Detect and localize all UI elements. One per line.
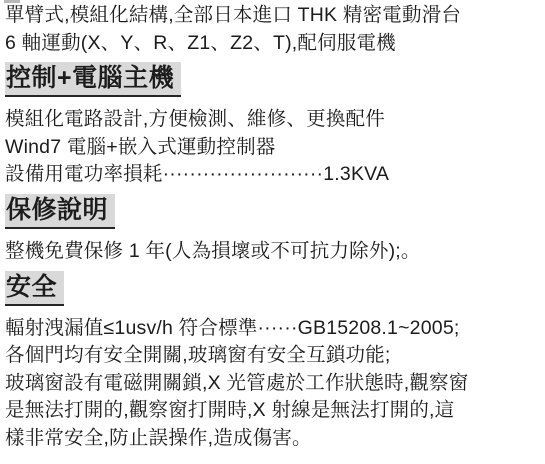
document-page: 單臂式,模組化結構,全部日本進口 THK 精密電動滑台 6 軸運動(X、Y、R、… xyxy=(0,0,545,464)
heading-highlight: 保修說明 xyxy=(5,194,115,229)
body-line-glass-window-3: 樣非常安全,防止誤操作,造成傷害。 xyxy=(5,425,545,453)
section-heading-warranty: 保修說明 xyxy=(5,194,545,229)
body-line-glass-window-1: 玻璃窗設有電磁開關鎖,X 光管處於工作狀態時,觀察窗 xyxy=(5,370,545,398)
body-line-radiation: 輻射洩漏值≤1usv/h 符合標準······GB15208.1~2005; xyxy=(5,315,545,343)
body-line-door-interlock: 各個門均有安全開關,玻璃窗有安全互鎖功能; xyxy=(5,342,545,370)
body-line-glass-window-2: 是無法打開的,觀察窗打開時,X 射線是無法打開的,這 xyxy=(5,397,545,425)
body-line-warranty: 整機免費保修 1 年(人為損壞或不可抗力除外);。 xyxy=(5,238,545,266)
heading-highlight: 安全 xyxy=(5,271,64,306)
body-line-wind7-controller: Wind7 電腦+嵌入式運動控制器 xyxy=(5,134,545,162)
section-heading-safety: 安全 xyxy=(5,271,545,306)
heading-highlight: 控制+電腦主機 xyxy=(5,62,181,97)
cropped-text-artifact xyxy=(4,0,20,3)
intro-line-2: 6 軸運動(X、Y、R、Z1、Z2、T),配伺服電機 xyxy=(5,30,545,58)
intro-line-1: 單臂式,模組化結構,全部日本進口 THK 精密電動滑台 xyxy=(5,2,545,30)
section-heading-control-computer: 控制+電腦主機 xyxy=(5,62,545,97)
body-line-power-consumption: 設備用電功率損耗························1.3KVA xyxy=(5,161,545,189)
body-line-circuit-design: 模組化電路設計,方便檢測、維修、更換配件 xyxy=(5,106,545,134)
